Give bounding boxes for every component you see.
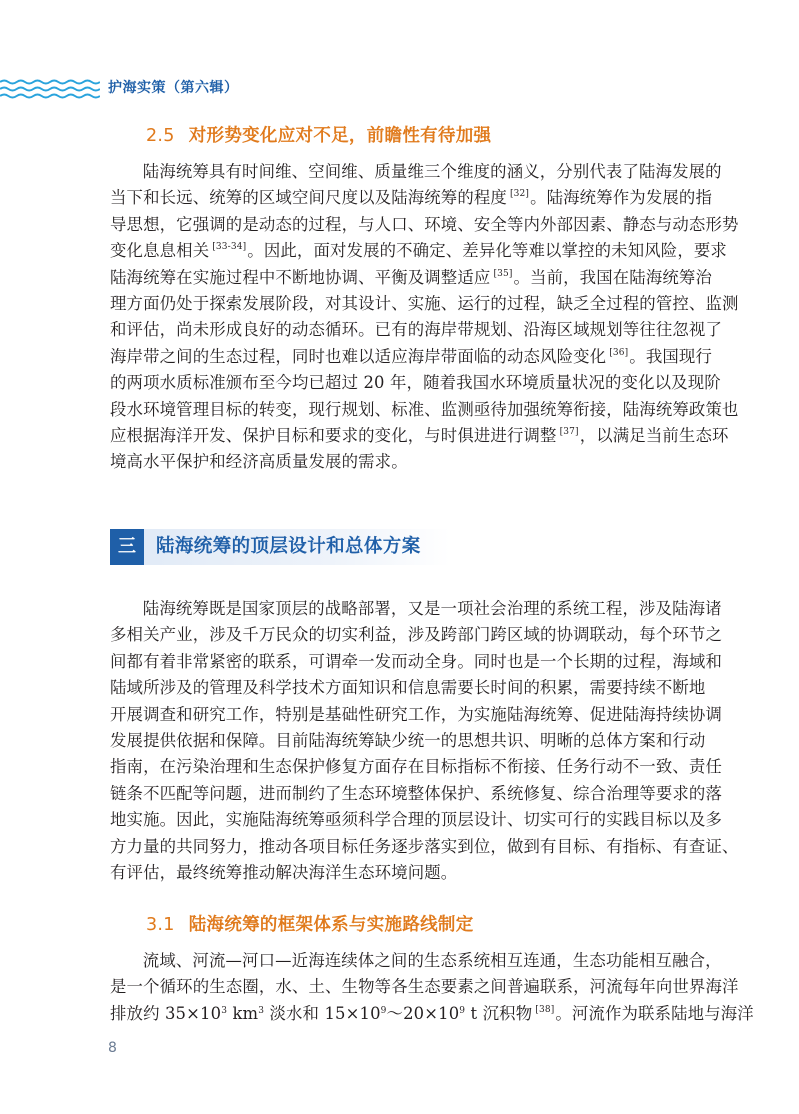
text-line: 应根据海洋开发、保护目标和要求的变化，与时俱进进行调整[37]，以满足当前生态环: [110, 423, 682, 449]
section-number: 2.5: [146, 126, 175, 146]
citation[interactable]: [38]: [535, 1005, 554, 1015]
page-number: 8: [108, 1040, 117, 1056]
section-title: 对形势变化应对不足，前瞻性有待加强: [189, 126, 492, 146]
citation[interactable]: [32]: [510, 189, 529, 199]
text-line: 流域、河流—河口—近海连续体之间的生态系统相互连通，生态功能相互融合，: [110, 948, 682, 974]
citation[interactable]: [36]: [609, 348, 628, 358]
text-line: 排放约 35×103 km3 淡水和 15×109～20×109 t 沉积物[3…: [110, 1001, 682, 1027]
paragraph-chapter-3: 陆海统筹既是国家顶层的战略部署，又是一项社会治理的系统工程，涉及陆海诸 多相关产…: [110, 596, 682, 886]
text-line: 多相关产业，涉及千万民众的切实利益，涉及跨部门跨区域的协调联动，每个环节之: [110, 622, 682, 648]
text-line: 方力量的共同努力，推动各项目标任务逐步落实到位，做到有目标、有指标、有查证、: [110, 834, 682, 860]
chapter-title: 陆海统筹的顶层设计和总体方案: [156, 529, 421, 565]
text-line: 陆海统筹具有时间维、空间维、质量维三个维度的涵义，分别代表了陆海发展的: [110, 159, 682, 185]
chapter-number-badge: 三: [110, 529, 144, 565]
text-line: 是一个循环的生态圈，水、土、生物等各生态要素之间普遍联系，河流每年向世界海洋: [110, 974, 682, 1000]
book-title: 护海实策（第六辑）: [108, 77, 239, 97]
text-line: 导思想，它强调的是动态的过程，与人口、环境、安全等内外部因素、静态与动态形势: [110, 212, 682, 238]
section-heading-3-1: 3.1陆海统筹的框架体系与实施路线制定: [146, 911, 474, 936]
text-line: 发展提供依据和保障。目前陆海统筹缺少统一的思想共识、明晰的总体方案和行动: [110, 728, 682, 754]
text-line: 的两项水质标准颁布至今均已超过 20 年，随着我国水环境质量状况的变化以及现阶: [110, 370, 682, 396]
text-line: 变化息息相关[33-34]。因此，面对发展的不确定、差异化等难以掌控的未知风险，…: [110, 238, 682, 264]
citation[interactable]: [35]: [493, 269, 512, 279]
text-line: 陆海统筹既是国家顶层的战略部署，又是一项社会治理的系统工程，涉及陆海诸: [110, 596, 682, 622]
text-line: 开展调查和研究工作，特别是基础性研究工作，为实施陆海统筹、促进陆海持续协调: [110, 702, 682, 728]
section-title: 陆海统筹的框架体系与实施路线制定: [189, 915, 474, 935]
text-line: 段水环境管理目标的转变，现行规划、标准、监测亟待加强统筹衔接，陆海统筹政策也: [110, 397, 682, 423]
text-line: 有评估，最终统筹推动解决海洋生态环境问题。: [110, 860, 682, 886]
text-line: 当下和长远、统筹的区域空间尺度以及陆海统筹的程度[32]。陆海统筹作为发展的指: [110, 185, 682, 211]
text-line: 链条不匹配等问题，进而制约了生态环境整体保护、系统修复、综合治理等要求的落: [110, 781, 682, 807]
text-line: 地实施。因此，实施陆海统筹亟须科学合理的顶层设计、切实可行的实践目标以及多: [110, 807, 682, 833]
citation[interactable]: [33-34]: [212, 242, 246, 252]
citation[interactable]: [37]: [560, 427, 579, 437]
text-line: 指南，在污染治理和生态保护修复方面存在目标指标不衔接、任务行动不一致、责任: [110, 754, 682, 780]
text-line: 理方面仍处于探索发展阶段，对其设计、实施、运行的过程，缺乏全过程的管控、监测: [110, 291, 682, 317]
wave-lines-icon: [0, 78, 100, 102]
running-header: 护海实策（第六辑）: [0, 74, 300, 104]
text-line: 间都有着非常紧密的联系，可谓牵一发而动全身。同时也是一个长期的过程，海域和: [110, 649, 682, 675]
paragraph-2-5: 陆海统筹具有时间维、空间维、质量维三个维度的涵义，分别代表了陆海发展的 当下和长…: [110, 159, 682, 476]
paragraph-3-1: 流域、河流—河口—近海连续体之间的生态系统相互连通，生态功能相互融合， 是一个循…: [110, 948, 682, 1027]
text-line: 境高水平保护和经济高质量发展的需求。: [110, 449, 682, 475]
text-line: 陆海统筹在实施过程中不断地协调、平衡及调整适应[35]。当前，我国在陆海统筹治: [110, 265, 682, 291]
text-line: 海岸带之间的生态过程，同时也难以适应海岸带面临的动态风险变化[36]。我国现行: [110, 344, 682, 370]
text-line: 陆域所涉及的管理及科学技术方面知识和信息需要长时间的积累，需要持续不断地: [110, 675, 682, 701]
text-line: 和评估，尚未形成良好的动态循环。已有的海岸带规划、沿海区域规划等往往忽视了: [110, 317, 682, 343]
chapter-heading-3: 三 陆海统筹的顶层设计和总体方案: [110, 529, 450, 565]
section-heading-2-5: 2.5对形势变化应对不足，前瞻性有待加强: [146, 122, 491, 147]
section-number: 3.1: [146, 915, 175, 935]
